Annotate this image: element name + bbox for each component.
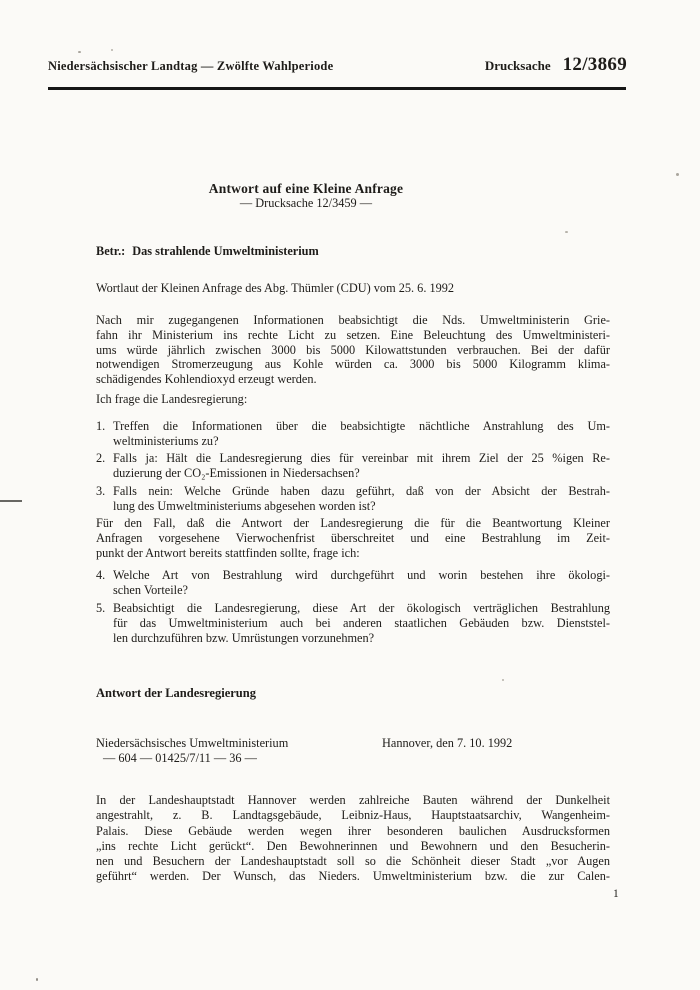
question-paragraph-2: Für den Fall, daß die Antwort der Landes… (96, 516, 610, 560)
paragraph-line: angestrahlt, z. B. Landtagsgebäude, Leib… (96, 808, 610, 823)
header-document-ref: Drucksache 12/3869 (485, 54, 627, 76)
paragraph-line: geführt“ werden. Der Wunsch, das Nieders… (96, 869, 610, 884)
paragraph-line: ums würde jährlich zwischen 3000 bis 500… (96, 343, 610, 358)
paragraph-line: punkt der Antwort bereits stattfinden so… (96, 546, 610, 561)
file-reference: — 604 — 01425/7/11 — 36 — (96, 752, 610, 766)
paragraph-line: Für den Fall, daß die Antwort der Landes… (96, 516, 610, 531)
question-item-4: 4. Welche Art von Bestrahlung wird durch… (96, 568, 610, 598)
item-number: 4. (96, 568, 113, 598)
scan-speck (502, 679, 504, 681)
paragraph-line: Palais. Diese Gebäude werden wegen ihrer… (96, 824, 610, 839)
item-number: 2. (96, 451, 113, 481)
paragraph-line: Anfragen vorgesehene Vierwochenfrist übe… (96, 531, 610, 546)
place-date: Hannover, den 7. 10. 1992 (382, 736, 512, 751)
question-intro: Wortlaut der Kleinen Anfrage des Abg. Th… (96, 281, 610, 296)
scan-speck (78, 51, 81, 53)
scan-speck (565, 231, 568, 233)
item-line: Falls nein: Welche Gründe haben dazu gef… (113, 484, 610, 499)
paragraph-line: fahn ihr Ministerium ins rechte Licht zu… (96, 328, 610, 343)
item-line: für das Umweltministerium auch bei ander… (113, 616, 610, 631)
item-number: 1. (96, 419, 113, 449)
subject-label: Betr.: (96, 244, 125, 258)
paragraph-line: In der Landeshauptstadt Hannover werden … (96, 793, 610, 808)
item-line: weltministeriums zu? (113, 434, 610, 449)
item-line: lung des Umweltministeriums abgesehen wo… (113, 499, 610, 514)
sender-name: Niedersächsisches Umweltministerium (96, 736, 288, 750)
page-number: 1 (613, 888, 619, 900)
subject-line: Betr.:Das strahlende Umweltministerium (96, 244, 610, 259)
question-item-2: 2. Falls ja: Hält die Landesregierung di… (96, 451, 610, 481)
document-title: Antwort auf eine Kleine Anfrage — Drucks… (96, 181, 516, 211)
question-item-3: 3. Falls nein: Welche Gründe haben dazu … (96, 484, 610, 514)
drucksache-number: 12/3869 (563, 54, 627, 75)
scan-speck (36, 978, 38, 981)
header-rule (48, 87, 626, 90)
question-intro-text: Wortlaut der Kleinen Anfrage des Abg. Th… (96, 281, 610, 296)
question-paragraph-1: Nach mir zugegangenen Informationen beab… (96, 313, 610, 387)
title-line1: Antwort auf eine Kleine Anfrage (96, 181, 516, 196)
answer-paragraph: In der Landeshauptstadt Hannover werden … (96, 793, 610, 885)
item-line: schen Vorteile? (113, 583, 610, 598)
drucksache-label: Drucksache (485, 58, 551, 73)
item-line: len durchzuführen bzw. Umrüstungen vorzu… (113, 631, 610, 646)
item-line: Beabsichtigt die Landesregierung, diese … (113, 601, 610, 616)
scan-speck (111, 49, 113, 51)
paragraph-line: schädigendes Kohlendioxyd erzeugt werden… (96, 372, 610, 387)
paragraph-line: Nach mir zugegangenen Informationen beab… (96, 313, 610, 328)
question-item-5: 5. Beabsichtigt die Landesregierung, die… (96, 601, 610, 645)
item-line: Falls ja: Hält die Landesregierung dies … (113, 451, 610, 466)
scan-speck (676, 173, 679, 176)
subject-text: Das strahlende Umweltministerium (132, 244, 318, 258)
answer-sender-block: Niedersächsisches Umweltministerium Hann… (96, 736, 610, 765)
item-number: 5. (96, 601, 113, 645)
question-lead: Ich frage die Landesregierung: (96, 392, 610, 407)
item-line: Welche Art von Bestrahlung wird durchgef… (113, 568, 610, 583)
paragraph-line: nen und Besuchern der Landeshauptstadt s… (96, 854, 610, 869)
paragraph-line: „ins rechte Licht gerückt“. Den Bewohner… (96, 839, 610, 854)
margin-fold-mark (0, 500, 22, 502)
item-number: 3. (96, 484, 113, 514)
item-line: Treffen die Informationen über die beabs… (113, 419, 610, 434)
document-page: Niedersächsischer Landtag — Zwölfte Wahl… (0, 0, 700, 990)
question-lead-text: Ich frage die Landesregierung: (96, 392, 610, 407)
item-line: duzierung der CO₂-Emissionen in Niedersa… (113, 466, 610, 481)
header-publisher: Niedersächsischer Landtag — Zwölfte Wahl… (48, 59, 333, 74)
answer-heading: Antwort der Landesregierung (96, 686, 610, 701)
paragraph-line: notwendigen Stromerzeugung aus Kohle wür… (96, 357, 610, 372)
page-header: Niedersächsischer Landtag — Zwölfte Wahl… (48, 54, 627, 76)
question-item-1: 1. Treffen die Informationen über die be… (96, 419, 610, 449)
title-line2: — Drucksache 12/3459 — (96, 196, 516, 211)
